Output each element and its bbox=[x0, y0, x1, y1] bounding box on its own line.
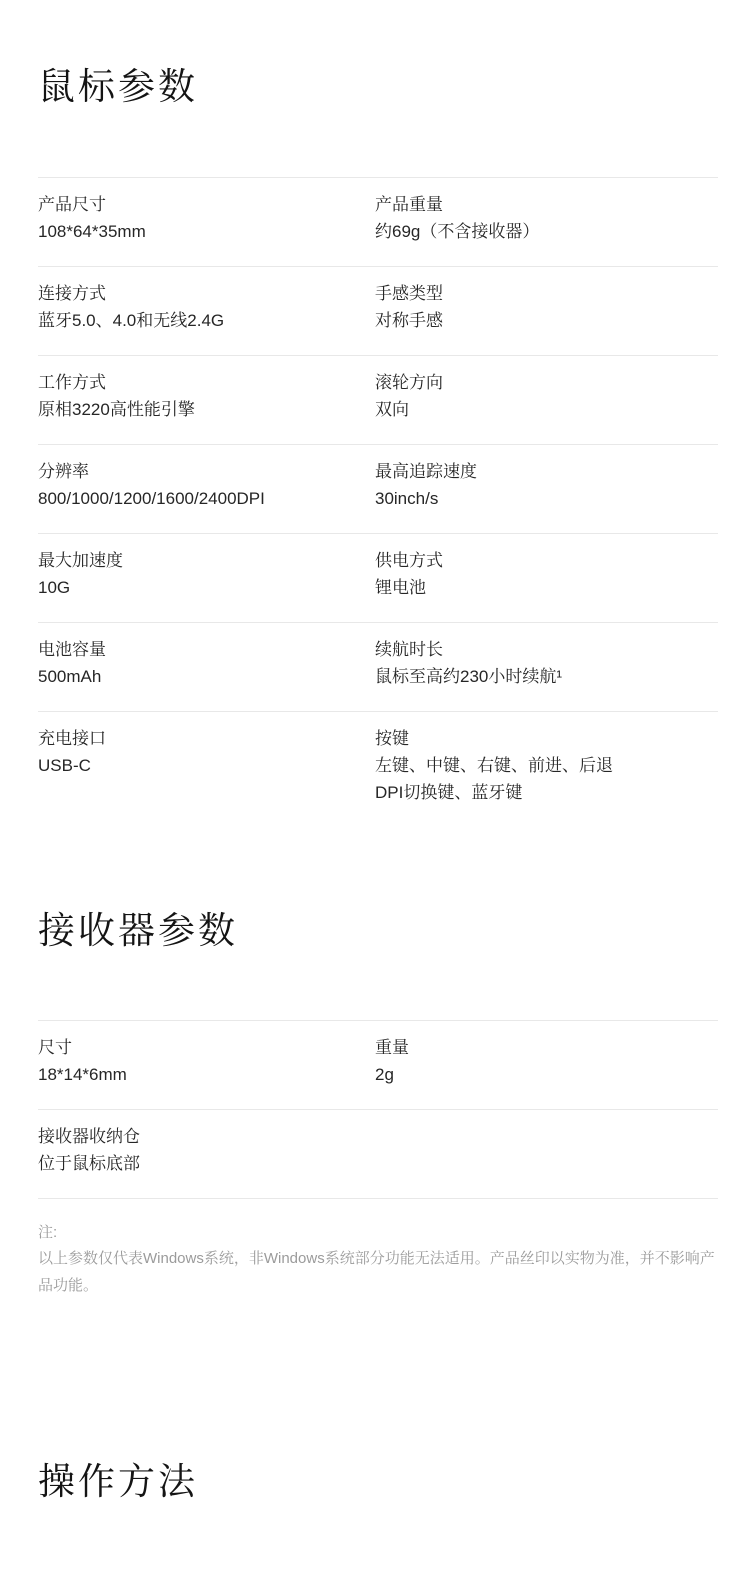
receiver-spec-section: 接收器参数 尺寸 18*14*6mm 重量 2g 接收器收纳仓 位于鼠标底部 注… bbox=[38, 908, 718, 1299]
spec-value: 对称手感 bbox=[375, 307, 718, 334]
spec-value: 锂电池 bbox=[375, 574, 718, 601]
spec-label: 产品尺寸 bbox=[38, 191, 375, 218]
spec-value: 10G bbox=[38, 574, 375, 601]
spec-value: 蓝牙5.0、4.0和无线2.4G bbox=[38, 307, 375, 334]
spec-value: 2g bbox=[375, 1061, 718, 1088]
spec-value: 18*14*6mm bbox=[38, 1061, 375, 1088]
spec-row: 工作方式 原相3220高性能引擎 滚轮方向 双向 bbox=[38, 356, 718, 445]
spec-value: 双向 bbox=[375, 396, 718, 423]
spec-label: 接收器收纳仓 bbox=[38, 1123, 375, 1150]
spec-label: 电池容量 bbox=[38, 636, 375, 663]
spec-cell: 连接方式 蓝牙5.0、4.0和无线2.4G bbox=[38, 280, 375, 334]
mouse-section-title: 鼠标参数 bbox=[38, 0, 718, 110]
spec-label: 连接方式 bbox=[38, 280, 375, 307]
spec-row: 电池容量 500mAh 续航时长 鼠标至高约230小时续航¹ bbox=[38, 623, 718, 712]
spec-cell: 供电方式 锂电池 bbox=[375, 547, 718, 601]
spec-row: 连接方式 蓝牙5.0、4.0和无线2.4G 手感类型 对称手感 bbox=[38, 267, 718, 356]
spec-cell: 充电接口 USB-C bbox=[38, 725, 375, 806]
spec-label: 尺寸 bbox=[38, 1034, 375, 1061]
spec-cell: 电池容量 500mAh bbox=[38, 636, 375, 690]
spec-cell: 工作方式 原相3220高性能引擎 bbox=[38, 369, 375, 423]
spec-cell: 尺寸 18*14*6mm bbox=[38, 1034, 375, 1088]
spec-value: 约69g（不含接收器） bbox=[375, 218, 718, 245]
spec-label: 工作方式 bbox=[38, 369, 375, 396]
spec-label: 供电方式 bbox=[375, 547, 718, 574]
spec-row: 分辨率 800/1000/1200/1600/2400DPI 最高追踪速度 30… bbox=[38, 445, 718, 534]
spec-row: 充电接口 USB-C 按键 左键、中键、右键、前进、后退 DPI切换键、蓝牙键 bbox=[38, 712, 718, 827]
note-block: 注: 以上参数仅代表Windows系统，非Windows系统部分功能无法适用。产… bbox=[38, 1221, 718, 1299]
spec-label: 产品重量 bbox=[375, 191, 718, 218]
spec-row: 产品尺寸 108*64*35mm 产品重量 约69g（不含接收器） bbox=[38, 178, 718, 267]
spec-value: 500mAh bbox=[38, 663, 375, 690]
spec-label: 充电接口 bbox=[38, 725, 375, 752]
spec-cell: 滚轮方向 双向 bbox=[375, 369, 718, 423]
note-body: 以上参数仅代表Windows系统，非Windows系统部分功能无法适用。产品丝印… bbox=[38, 1245, 718, 1299]
spec-row: 最大加速度 10G 供电方式 锂电池 bbox=[38, 534, 718, 623]
spec-value: 30inch/s bbox=[375, 485, 718, 512]
spec-value: 800/1000/1200/1600/2400DPI bbox=[38, 485, 375, 512]
spec-cell: 续航时长 鼠标至高约230小时续航¹ bbox=[375, 636, 718, 690]
spec-value: 位于鼠标底部 bbox=[38, 1150, 375, 1177]
spec-cell: 分辨率 800/1000/1200/1600/2400DPI bbox=[38, 458, 375, 512]
operation-section-title: 操作方法 bbox=[38, 1459, 718, 1505]
mouse-spec-section: 鼠标参数 产品尺寸 108*64*35mm 产品重量 约69g（不含接收器） 连… bbox=[38, 0, 718, 827]
spec-label: 滚轮方向 bbox=[375, 369, 718, 396]
spec-value: 108*64*35mm bbox=[38, 218, 375, 245]
receiver-section-title: 接收器参数 bbox=[38, 908, 718, 954]
spec-value: 鼠标至高约230小时续航¹ bbox=[375, 663, 718, 690]
spec-cell: 接收器收纳仓 位于鼠标底部 bbox=[38, 1123, 375, 1177]
spec-cell: 重量 2g bbox=[375, 1034, 718, 1088]
spec-cell: 最高追踪速度 30inch/s bbox=[375, 458, 718, 512]
operation-section: 操作方法 bbox=[38, 1459, 718, 1505]
spec-label: 最大加速度 bbox=[38, 547, 375, 574]
spec-cell: 产品尺寸 108*64*35mm bbox=[38, 191, 375, 245]
spec-value: DPI切换键、蓝牙键 bbox=[375, 779, 718, 806]
spec-cell: 手感类型 对称手感 bbox=[375, 280, 718, 334]
spec-value: 原相3220高性能引擎 bbox=[38, 396, 375, 423]
spec-label: 最高追踪速度 bbox=[375, 458, 718, 485]
spec-cell: 按键 左键、中键、右键、前进、后退 DPI切换键、蓝牙键 bbox=[375, 725, 718, 806]
spec-label: 分辨率 bbox=[38, 458, 375, 485]
spec-label: 续航时长 bbox=[375, 636, 718, 663]
spec-value: USB-C bbox=[38, 752, 375, 779]
spec-cell bbox=[375, 1123, 718, 1177]
product-spec-page: 鼠标参数 产品尺寸 108*64*35mm 产品重量 约69g（不含接收器） 连… bbox=[0, 0, 756, 1574]
spec-label: 重量 bbox=[375, 1034, 718, 1061]
spec-row: 尺寸 18*14*6mm 重量 2g bbox=[38, 1021, 718, 1110]
spec-label: 按键 bbox=[375, 725, 718, 752]
spec-row: 接收器收纳仓 位于鼠标底部 bbox=[38, 1110, 718, 1199]
spec-value: 左键、中键、右键、前进、后退 bbox=[375, 752, 718, 779]
spec-label: 手感类型 bbox=[375, 280, 718, 307]
note-title: 注: bbox=[38, 1221, 718, 1245]
spec-cell: 最大加速度 10G bbox=[38, 547, 375, 601]
spec-cell: 产品重量 约69g（不含接收器） bbox=[375, 191, 718, 245]
